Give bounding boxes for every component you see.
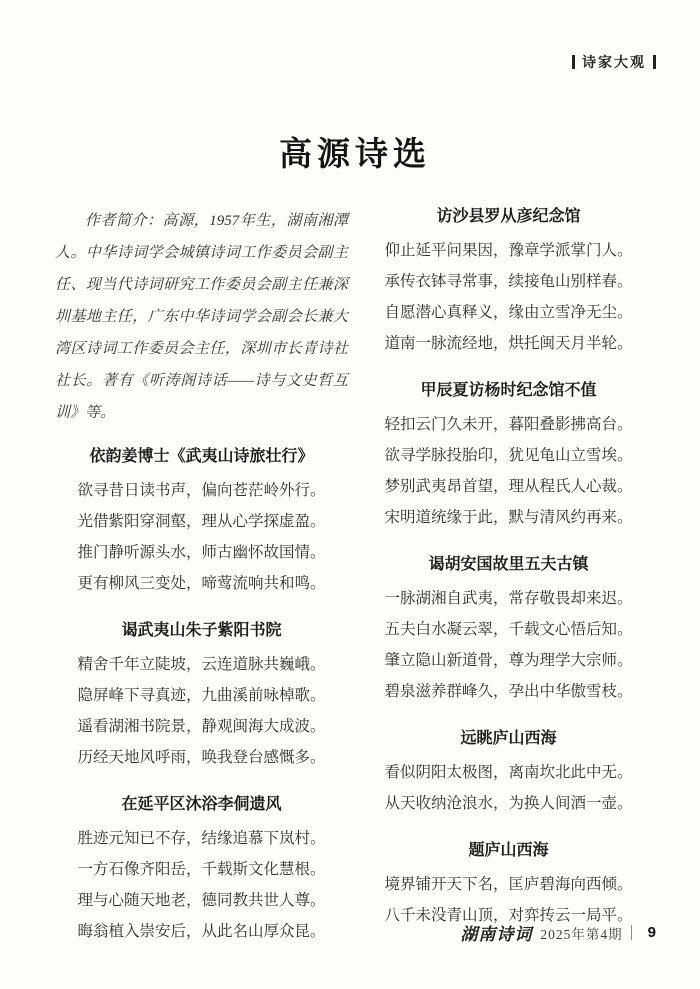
poem-line: 遥看湖湘书院景，静观闽海大成波。 [55, 711, 348, 742]
poem-title: 谒武夷山朱子紫阳书院 [55, 619, 348, 643]
poem: 访沙县罗从彦纪念馆仰止延平问果因，豫章学派掌门人。承传衣钵寻常事，续接龟山别样春… [362, 205, 655, 359]
poem-title: 远眺庐山西海 [362, 727, 655, 751]
poem-line: 从天收纳沧浪水，为换人间酒一壶。 [362, 788, 655, 819]
section-label: 诗家大观 [582, 52, 646, 72]
content-area: 作者简介：高源，1957年生，湖南湘潭人。中华诗词学会城镇诗词工作委员会副主任、… [55, 205, 655, 967]
issue-label: 2025年第4期 [540, 923, 622, 943]
poem-line: 轻扣云门久未开，暮阳叠影拂高台。 [362, 409, 655, 440]
poem-title: 在延平区沐浴李侗遗风 [55, 793, 348, 817]
poem-line: 理与心随天地老，德同教共世人尊。 [55, 885, 348, 916]
poem-line: 一方石像齐阳岳，千载斯文化慧根。 [55, 854, 348, 885]
poem-title: 依韵姜博士《武夷山诗旅壮行》 [55, 445, 348, 469]
page-header: 诗家大观 [572, 52, 656, 72]
poem-line: 一脉湖湘自武夷，常存敬畏却来迟。 [362, 583, 655, 614]
poem-title: 甲辰夏访杨时纪念馆不值 [362, 379, 655, 403]
poem-line: 推门静听源头水，师古幽怀故国情。 [55, 537, 348, 568]
poem-title: 访沙县罗从彦纪念馆 [362, 205, 655, 229]
author-intro: 作者简介：高源，1957年生，湖南湘潭人。中华诗词学会城镇诗词工作委员会副主任、… [55, 205, 348, 429]
poem-line: 境界铺开天下名，匡庐碧海向西倾。 [362, 869, 655, 900]
poem-title: 题庐山西海 [362, 839, 655, 863]
poem-line: 欲寻昔日读书声，偏向苍茫岭外行。 [55, 475, 348, 506]
header-left-bar [572, 55, 575, 69]
magazine-page: 诗家大观 高源诗选 作者简介：高源，1957年生，湖南湘潭人。中华诗词学会城镇诗… [0, 0, 700, 989]
poem-line: 胜迹元知已不存，结缘追慕下岚村。 [55, 823, 348, 854]
poem-line: 承传衣钵寻常事，续接龟山别样春。 [362, 266, 655, 297]
poem-line: 历经天地风呼雨，唤我登台感慨多。 [55, 742, 348, 773]
poem-line: 宋明道统缘于此，默与清风约再来。 [362, 502, 655, 533]
poem: 远眺庐山西海看似阴阳太极图，离南坎北此中无。从天收纳沧浪水，为换人间酒一壶。 [362, 727, 655, 819]
poem-line: 隐屏峰下寻真迹，九曲溪前咏棹歌。 [55, 680, 348, 711]
poem-line: 梦别武夷昂首望，理从程氏人心裁。 [362, 471, 655, 502]
poem-line: 更有柳风三变处，啼莺流响共和鸣。 [55, 568, 348, 599]
poem-line: 仰止延平问果因，豫章学派掌门人。 [362, 235, 655, 266]
poem-line: 光借紫阳穿洞壑，理从心学探虚盈。 [55, 506, 348, 537]
page-footer: 湖南诗词 2025年第4期 9 [460, 920, 656, 945]
poem: 甲辰夏访杨时纪念馆不值轻扣云门久未开，暮阳叠影拂高台。欲寻学脉投胎印，犹见龟山立… [362, 379, 655, 533]
poem-line: 碧泉滋养群峰久，孕出中华傲雪枝。 [362, 676, 655, 707]
right-column: 访沙县罗从彦纪念馆仰止延平问果因，豫章学派掌门人。承传衣钵寻常事，续接龟山别样春… [362, 205, 655, 967]
poem-title: 谒胡安国故里五夫古镇 [362, 553, 655, 577]
poem-line: 道南一脉流经地，烘托闽天月半轮。 [362, 328, 655, 359]
page-number: 9 [648, 924, 656, 941]
footer-divider [631, 925, 632, 940]
journal-name: 湖南诗词 [460, 920, 532, 945]
poem-line: 欲寻学脉投胎印，犹见龟山立雪埃。 [362, 440, 655, 471]
poem: 谒武夷山朱子紫阳书院精舍千年立陡坡，云连道脉共巍峨。隐屏峰下寻真迹，九曲溪前咏棹… [55, 619, 348, 773]
poem-line: 自愿潜心真释义，缘由立雪净无尘。 [362, 297, 655, 328]
poem-line: 肇立隐山新道骨，尊为理学大宗师。 [362, 645, 655, 676]
poem-line: 晦翁植入崇安后，从此名山厚众昆。 [55, 916, 348, 947]
header-right-bar [653, 55, 656, 69]
poem-line: 精舍千年立陡坡，云连道脉共巍峨。 [55, 649, 348, 680]
left-column: 作者简介：高源，1957年生，湖南湘潭人。中华诗词学会城镇诗词工作委员会副主任、… [55, 205, 348, 967]
poem-line: 看似阴阳太极图，离南坎北此中无。 [362, 757, 655, 788]
page-title: 高源诗选 [55, 0, 655, 175]
poem: 谒胡安国故里五夫古镇一脉湖湘自武夷，常存敬畏却来迟。五夫白水凝云翠，千载文心悟后… [362, 553, 655, 707]
poem: 题庐山西海境界铺开天下名，匡庐碧海向西倾。八千未没青山顶，对弈抟云一局平。 [362, 839, 655, 931]
poem: 在延平区沐浴李侗遗风胜迹元知已不存，结缘追慕下岚村。一方石像齐阳岳，千载斯文化慧… [55, 793, 348, 947]
poem-line: 五夫白水凝云翠，千载文心悟后知。 [362, 614, 655, 645]
poem: 依韵姜博士《武夷山诗旅壮行》欲寻昔日读书声，偏向苍茫岭外行。光借紫阳穿洞壑，理从… [55, 445, 348, 599]
